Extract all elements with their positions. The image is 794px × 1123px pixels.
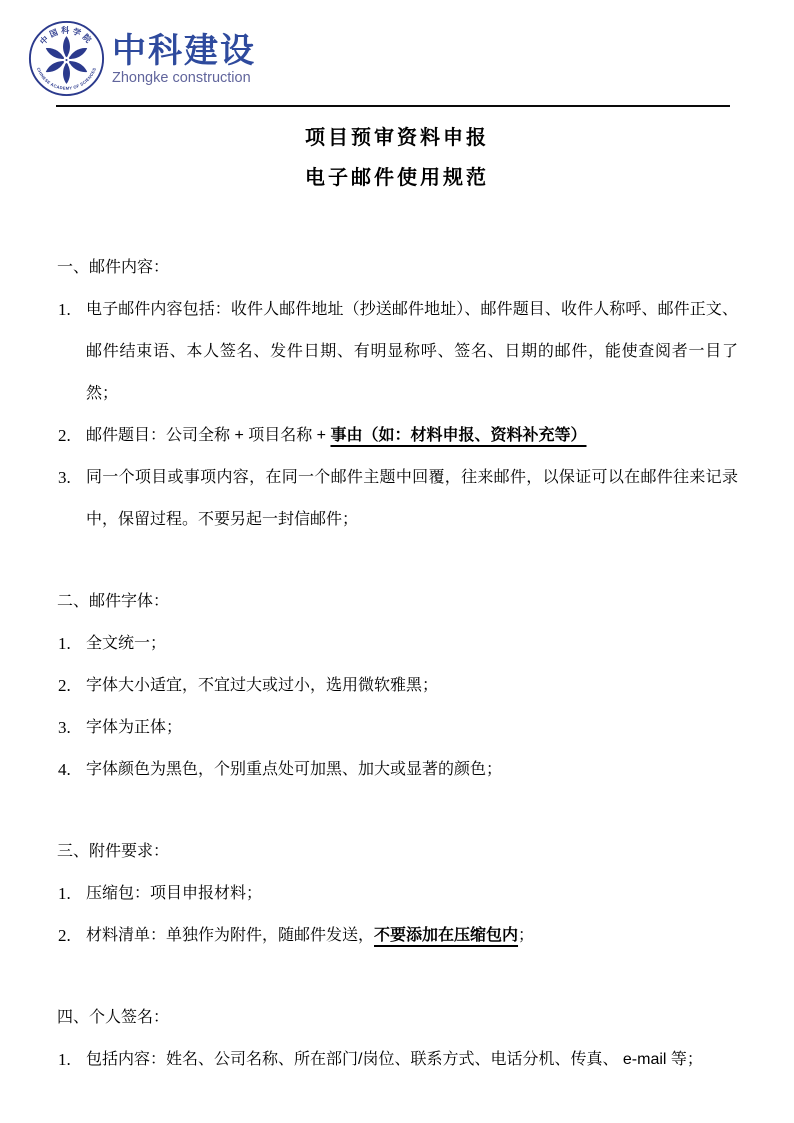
list-item: 2.邮件题目：公司全称 + 项目名称 + 事由（如：材料申报、资料补充等） <box>57 415 738 457</box>
brand-name-en: Zhongke construction <box>112 70 256 87</box>
text-run: 全文统一； <box>86 635 166 652</box>
item-number: 1. <box>58 623 71 665</box>
text-run: 不要添加在压缩包内 <box>374 927 518 944</box>
text-run: 同一个项目或事项内容，在同一个邮件主题中回覆，往来邮件，以保证可以在邮件往来记录… <box>86 469 738 528</box>
section-2: 二、邮件字体：1.全文统一；2.字体大小适宜，不宜过大或过小，选用微软雅黑；3.… <box>57 581 738 791</box>
list-item: 2.材料清单：单独作为附件，随邮件发送，不要添加在压缩包内； <box>57 915 738 957</box>
item-number: 1. <box>58 289 71 331</box>
doc-title-line1: 项目预审资料申报 <box>0 118 794 158</box>
text-run: 事由（如：材料申报、资料补充等） <box>330 427 586 444</box>
item-number: 1. <box>58 1039 71 1081</box>
item-number: 3. <box>58 457 71 499</box>
section-heading: 一、邮件内容： <box>57 247 738 289</box>
brand-name-cn: 中科建设 <box>112 32 256 70</box>
list-item: 3.同一个项目或事项内容，在同一个邮件主题中回覆，往来邮件，以保证可以在邮件往来… <box>57 457 738 541</box>
section-3: 三、附件要求：1.压缩包：项目申报材料；2.材料清单：单独作为附件，随邮件发送，… <box>57 831 738 957</box>
text-run: 电子邮件内容包括：收件人邮件地址（抄送邮件地址）、邮件题目、收件人称呼、邮件正文… <box>86 301 738 402</box>
section-heading: 二、邮件字体： <box>57 581 738 623</box>
cas-emblem-icon: 中国科学院 CHINESE ACADEMY OF SCIENCES <box>28 20 105 97</box>
item-number: 4. <box>58 749 71 791</box>
text-run: 压缩包：项目申报材料； <box>86 885 262 902</box>
section-heading: 三、附件要求： <box>57 831 738 873</box>
list-item: 1.电子邮件内容包括：收件人邮件地址（抄送邮件地址）、邮件题目、收件人称呼、邮件… <box>57 289 738 415</box>
section-heading: 四、个人签名： <box>57 997 738 1039</box>
doc-title-line2: 电子邮件使用规范 <box>0 158 794 198</box>
doc-title: 项目预审资料申报 电子邮件使用规范 <box>0 118 794 198</box>
section-4: 四、个人签名：1.包括内容：姓名、公司名称、所在部门/岗位、联系方式、电话分机、… <box>57 997 738 1081</box>
company-logo: 中国科学院 CHINESE ACADEMY OF SCIENCES <box>28 20 794 97</box>
list-item: 4.字体颜色为黑色，个别重点处可加黑、加大或显著的颜色； <box>57 749 738 791</box>
section-1: 一、邮件内容：1.电子邮件内容包括：收件人邮件地址（抄送邮件地址）、邮件题目、收… <box>57 247 738 541</box>
brand-text: 中科建设 Zhongke construction <box>112 30 256 87</box>
item-number: 2. <box>58 915 71 957</box>
item-number: 3. <box>58 707 71 749</box>
item-number: 2. <box>58 415 71 457</box>
text-run: 字体颜色为黑色，个别重点处可加黑、加大或显著的颜色； <box>86 761 502 778</box>
item-number: 2. <box>58 665 71 707</box>
text-run: ； <box>518 927 534 944</box>
list-item: 3.字体为正体； <box>57 707 738 749</box>
header: 中国科学院 CHINESE ACADEMY OF SCIENCES <box>0 0 794 97</box>
text-run: 包括内容：姓名、公司名称、所在部门/岗位、联系方式、电话分机、传真、 e-mai… <box>86 1051 703 1068</box>
text-run: 字体大小适宜，不宜过大或过小，选用微软雅黑； <box>86 677 438 694</box>
list-item: 2.字体大小适宜，不宜过大或过小，选用微软雅黑； <box>57 665 738 707</box>
list-item: 1.全文统一； <box>57 623 738 665</box>
list-item: 1.包括内容：姓名、公司名称、所在部门/岗位、联系方式、电话分机、传真、 e-m… <box>57 1039 738 1081</box>
text-run: 字体为正体； <box>86 719 182 736</box>
item-number: 1. <box>58 873 71 915</box>
doc-body: 一、邮件内容：1.电子邮件内容包括：收件人邮件地址（抄送邮件地址）、邮件题目、收… <box>57 198 738 1081</box>
header-divider <box>56 105 730 107</box>
document-page: 中国科学院 CHINESE ACADEMY OF SCIENCES <box>0 0 794 1123</box>
text-run: 材料清单：单独作为附件，随邮件发送， <box>86 927 374 944</box>
text-run: 邮件题目：公司全称 + 项目名称 + <box>86 427 330 444</box>
list-item: 1.压缩包：项目申报材料； <box>57 873 738 915</box>
